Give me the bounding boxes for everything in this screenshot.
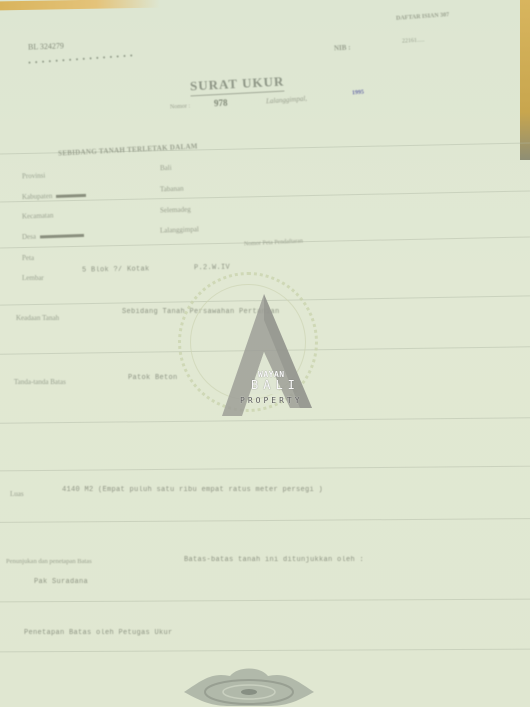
- peta-label: Peta: [22, 254, 34, 262]
- ruled-line: [0, 599, 530, 603]
- ruled-line: [0, 518, 530, 523]
- penunjukan-value: Batas-batas tanah ini ditunjukkan oleh :: [184, 556, 364, 564]
- lembar-label: Lembar: [22, 274, 44, 282]
- keadaan-tanah-label: Keadaan Tanah: [16, 314, 59, 322]
- nomor-peta-label: Nomor Peta Pendaftaran: [244, 238, 303, 247]
- tanda-batas-value: Patok Beton: [128, 374, 178, 382]
- date-label: Lalanggimpal,: [266, 95, 308, 106]
- lembar-extra: P.2.W.IV: [194, 264, 230, 273]
- date-value: 1995: [352, 90, 364, 97]
- field-value-desa: Lalanggimpal: [160, 225, 199, 234]
- lembar-value: 5 Blok ?/ Kotak: [82, 265, 150, 274]
- field-label-provinsi: Provinsi: [22, 172, 46, 181]
- nomor-label: Nomor :: [170, 103, 190, 110]
- desa-label-text: Desa: [22, 233, 36, 241]
- land-certificate-page: BL 324279 • • • • • • • • • • • • • • • …: [0, 0, 530, 707]
- nomor-value: 978: [214, 98, 228, 109]
- watermark-line-bali: BALI: [251, 378, 300, 392]
- luas-label: Luas: [10, 490, 24, 498]
- nib-label: NIB :: [334, 44, 351, 53]
- tanda-batas-label: Tanda-tanda Batas: [14, 378, 66, 386]
- redaction-mark: [56, 194, 86, 198]
- rosette-ornament-icon: [182, 662, 316, 706]
- serial-number: BL 324279: [28, 41, 64, 51]
- document-title: SURAT UKUR: [190, 74, 285, 97]
- luas-value: 4140 M2 (Empat puluh satu ribu empat rat…: [62, 486, 323, 494]
- ruled-line: [0, 466, 530, 472]
- folder-edge-right: [520, 0, 530, 160]
- penunjuk-name: Pak Suradana: [34, 578, 88, 586]
- field-label-kecamatan: Kecamatan: [22, 211, 54, 220]
- section-heading: SEBIDANG TANAH TERLETAK DALAM: [58, 142, 198, 157]
- field-value-kabupaten: Tabanan: [160, 185, 184, 194]
- ruled-line: [0, 649, 530, 653]
- serial-stamp-row: • • • • • • • • • • • • • • • •: [28, 51, 134, 67]
- folder-edge-top: [0, 0, 160, 10]
- ruled-line: [0, 417, 530, 424]
- field-label-desa: Desa: [22, 231, 84, 241]
- nib-value: 22161.....: [402, 37, 425, 44]
- form-code: DAFTAR ISIAN 307: [396, 12, 450, 22]
- redaction-mark: [40, 234, 84, 239]
- kabupaten-label-text: Kabupaten: [22, 192, 53, 201]
- watermark-line-property: PROPERTY: [240, 396, 303, 405]
- field-value-provinsi: Bali: [160, 164, 172, 172]
- penetapan-label: Penetapan Batas oleh Petugas Ukur: [24, 629, 173, 637]
- penunjukan-label: Penunjukan dan penetapan Batas: [6, 558, 92, 565]
- field-value-kecamatan: Selemadeg: [160, 205, 191, 214]
